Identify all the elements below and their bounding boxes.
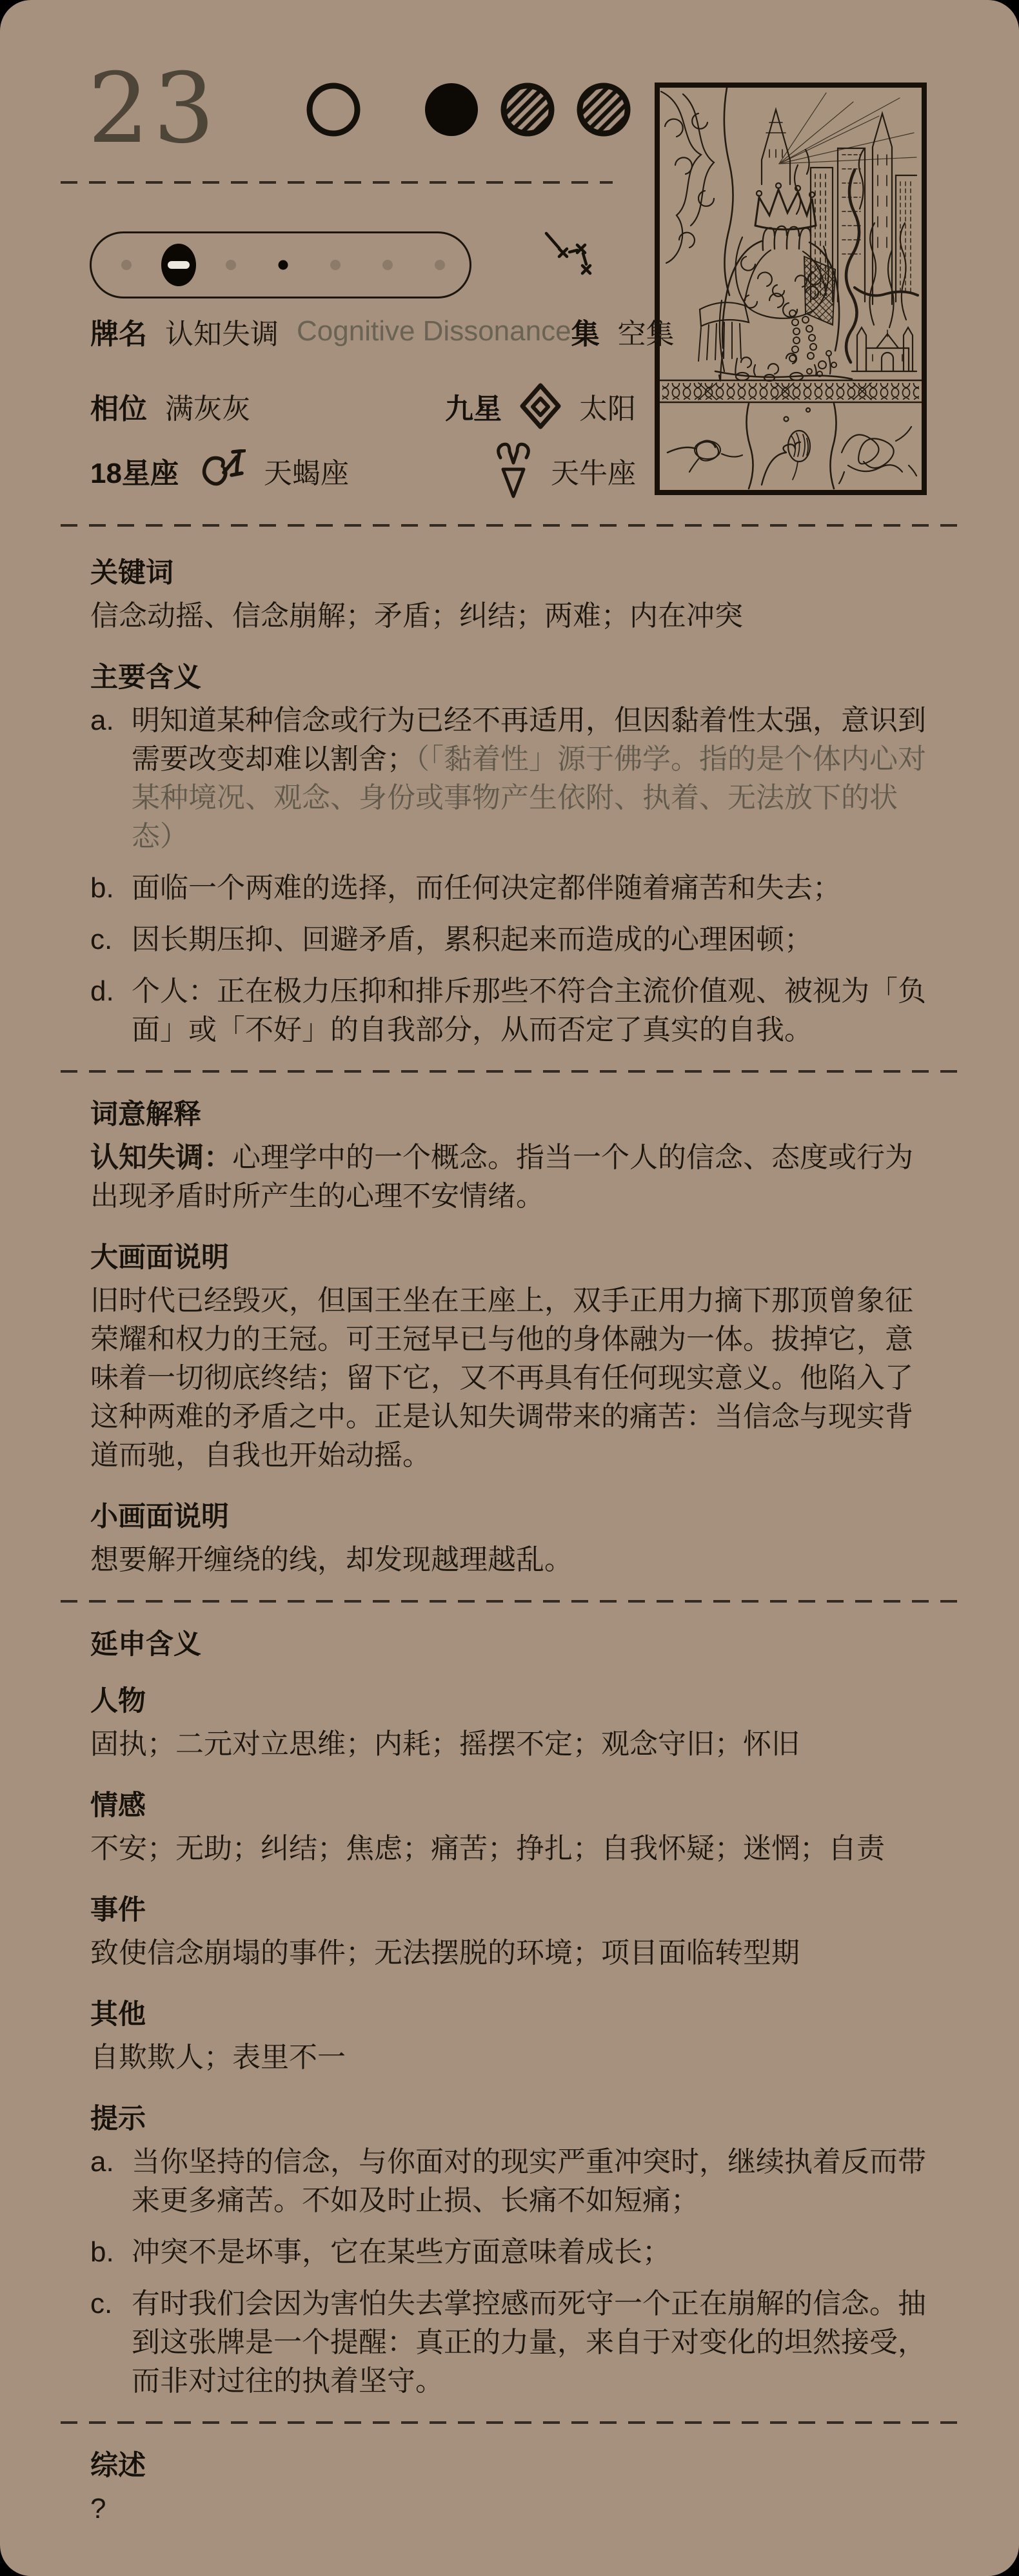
other-body: 自欺欺人；表里不一	[90, 2038, 936, 2077]
phase-slider[interactable]	[90, 231, 471, 298]
circle-hatched-icon[interactable]	[498, 80, 557, 139]
zodiac18-label: 18星座	[90, 450, 179, 491]
circle-filled-icon[interactable]	[422, 80, 481, 139]
item-marker: c.	[90, 921, 132, 959]
slider-dot-active[interactable]	[161, 244, 196, 286]
list-item: a. 明知道某种信念或行为已经不再适用，但因黏着性太强，意识到需要改变却难以割舍…	[90, 701, 936, 856]
item-marker: a.	[90, 2143, 132, 2220]
card-detail-page: 23	[0, 0, 1019, 2576]
small-picture-body: 想要解开缠绕的线，却发现越理越乱。	[90, 1541, 936, 1579]
scorpius-constellation-icon	[544, 231, 595, 281]
item-marker: b.	[90, 2233, 132, 2272]
section-big-picture-heading: 大画面说明	[90, 1243, 936, 1273]
summary-body: ?	[90, 2490, 936, 2528]
slider-dot[interactable]	[121, 260, 132, 270]
event-body: 致使信念崩塌的事件；无法摆脱的环境；项目面临转型期	[90, 1934, 936, 1973]
item-text: 冲突不是坏事，它在某些方面意味着成长；	[132, 2233, 936, 2272]
item-text: 个人：正在极力压抑和排斥那些不符合主流价值观、被视为「负面」或「不好」的自我部分…	[132, 972, 936, 1049]
item-marker: a.	[90, 701, 132, 856]
slider-dot[interactable]	[330, 260, 341, 270]
card-name-english: Cognitive Dissonance	[297, 315, 571, 347]
slider-dot[interactable]	[435, 260, 445, 270]
sub-heading-other: 其他	[90, 2000, 936, 2029]
info-row-phase: 相位 满灰灰 九星 太阳	[90, 387, 636, 425]
circle-hatched-icon[interactable]	[574, 80, 633, 139]
keywords-body: 信念动摇、信念崩解；矛盾；纠结；两难；内在冲突	[90, 597, 936, 636]
word-explain-body: 认知失调：心理学中的一个概念。指当一个人的信念、态度或行为出现矛盾时所产生的心理…	[90, 1138, 936, 1216]
item-text: 明知道某种信念或行为已经不再适用，但因黏着性太强，意识到需要改变却难以割舍；（「…	[132, 701, 936, 856]
people-body: 固执；二元对立思维；内耗；摇摆不定；观念守旧；怀旧	[90, 1725, 936, 1764]
slider-dot-current[interactable]	[279, 260, 288, 270]
sub-heading-people: 人物	[90, 1686, 936, 1716]
list-item: b. 面临一个两难的选择，而任何决定都伴随着痛苦和失去；	[90, 869, 936, 908]
item-marker: d.	[90, 972, 132, 1049]
name-label: 牌名	[90, 311, 147, 352]
scorpio-glyph-icon	[197, 449, 246, 492]
zodiac2-value: 天牛座	[551, 450, 636, 491]
section-main-meaning-heading: 主要含义	[90, 663, 936, 692]
section-extended-heading: 延申含义	[90, 1630, 936, 1659]
sub-heading-emotion: 情感	[90, 1791, 936, 1820]
slider-dot[interactable]	[382, 260, 393, 270]
big-picture-body: 旧时代已经毁灭，但国王坐在王座上，双手正用力摘下那顶曾象征荣耀和权力的王冠。可王…	[90, 1282, 936, 1475]
ninestar-value: 太阳	[579, 385, 636, 427]
info-row-name: 牌名 认知失调 Cognitive Dissonance 集 空集	[90, 312, 636, 351]
slider-dot[interactable]	[226, 260, 236, 270]
circle-outline-icon[interactable]	[304, 80, 363, 139]
section-tips-heading: 提示	[90, 2104, 936, 2134]
dashed-divider	[61, 1600, 958, 1603]
item-marker: b.	[90, 869, 132, 908]
item-text: 面临一个两难的选择，而任何决定都伴随着痛苦和失去；	[132, 869, 936, 908]
list-item: c. 有时我们会因为害怕失去掌控感而死守一个正在崩解的信念。抽到这张牌是一个提醒…	[90, 2285, 936, 2401]
item-text: 有时我们会因为害怕失去掌控感而死守一个正在崩解的信念。抽到这张牌是一个提醒：真正…	[132, 2285, 936, 2401]
item-text: 当你坚持的信念，与你面对的现实严重冲突时，继续执着反而带来更多痛苦。不如及时止损…	[132, 2143, 936, 2220]
ninestar-label: 九星	[445, 385, 502, 427]
list-item: a. 当你坚持的信念，与你面对的现实严重冲突时，继续执着反而带来更多痛苦。不如及…	[90, 2143, 936, 2220]
dashed-divider	[61, 1070, 958, 1073]
card-description: 关键词 信念动摇、信念崩解；矛盾；纠结；两难；内在冲突 主要含义 a. 明知道某…	[90, 549, 936, 2528]
card-artwork[interactable]	[655, 83, 927, 495]
section-keywords-heading: 关键词	[90, 558, 936, 588]
card-number: 23	[88, 61, 219, 157]
phase-label: 相位	[90, 385, 147, 427]
emotion-body: 不安；无助；纠结；焦虑；痛苦；挣扎；自我怀疑；迷惘；自责	[90, 1830, 936, 1868]
set-label: 集	[571, 311, 600, 352]
sub-heading-event: 事件	[90, 1895, 936, 1925]
zodiac-value: 天蝎座	[264, 450, 349, 491]
section-small-picture-heading: 小画面说明	[90, 1502, 936, 1532]
card-name: 认知失调	[165, 311, 279, 352]
info-row-zodiac: 18星座 天蝎座 天牛座	[90, 451, 636, 490]
list-item: b. 冲突不是坏事，它在某些方面意味着成长；	[90, 2233, 936, 2272]
section-summary-heading: 综述	[90, 2451, 936, 2481]
diamond-icon	[520, 383, 561, 429]
item-text: 因长期压抑、回避矛盾，累积起来而造成的心理困顿；	[132, 921, 936, 959]
card-art-illustration	[660, 88, 922, 490]
dashed-divider	[61, 524, 958, 527]
phase-value: 满灰灰	[165, 385, 250, 427]
word-explain-term: 认知失调：	[90, 1142, 232, 1173]
list-item: d. 个人：正在极力压抑和排斥那些不符合主流价值观、被视为「负面」或「不好」的自…	[90, 972, 936, 1049]
set-value: 空集	[618, 311, 675, 352]
dashed-divider	[61, 181, 613, 184]
item-marker: c.	[90, 2285, 132, 2401]
list-item: c. 因长期压抑、回避矛盾，累积起来而造成的心理困顿；	[90, 921, 936, 959]
taurus-glyph-icon	[494, 441, 533, 500]
dashed-divider	[61, 2421, 958, 2424]
section-word-explain-heading: 词意解释	[90, 1100, 936, 1129]
